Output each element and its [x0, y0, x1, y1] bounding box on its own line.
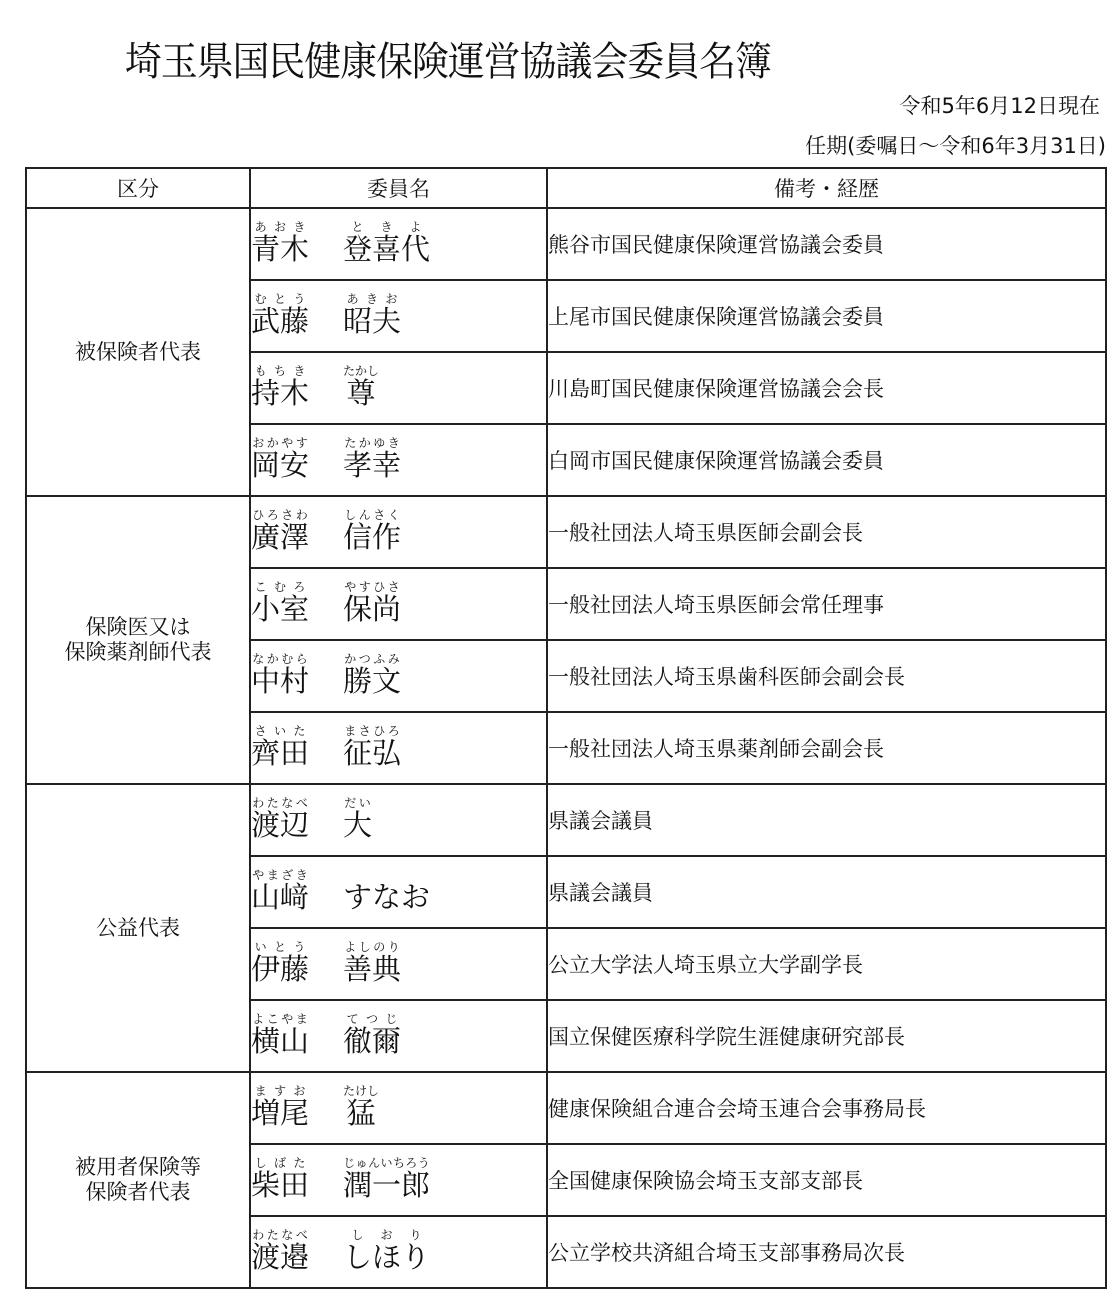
given: しほり — [343, 1240, 430, 1274]
surname-with-furigana: 柴田しばた — [251, 1156, 309, 1204]
surname-furigana: ますお — [251, 1084, 309, 1098]
member-name: 中村なかむら勝文かつふみ — [251, 652, 401, 700]
given-furigana: しおり — [343, 1228, 430, 1242]
surname-with-furigana: 小室こむろ — [251, 580, 309, 628]
surname-furigana: こむろ — [251, 580, 309, 594]
surname: 齊田 — [251, 736, 309, 770]
term-of-office: 任期(委嘱日～令和6年3月31日) — [805, 130, 1106, 160]
given: 善典 — [343, 952, 401, 986]
member-name: 渡邉わたなべしほりしおり — [251, 1228, 430, 1276]
column-header-category: 区分 — [26, 168, 250, 208]
member-remarks: 公立学校共済組合埼玉支部事務局次長 — [547, 1216, 1106, 1288]
given: 孝幸 — [343, 448, 401, 482]
member-remarks: 熊谷市国民健康保険運営協議会委員 — [547, 208, 1106, 280]
category-cell: 公益代表 — [26, 784, 250, 1072]
category-cell: 被保険者代表 — [26, 208, 250, 496]
member-name: 横山よこやま徹爾てつじ — [251, 1012, 401, 1060]
member-remarks: 一般社団法人埼玉県医師会副会長 — [547, 496, 1106, 568]
member-name: 青木あおき登喜代ときよ — [251, 220, 430, 268]
member-name: 岡安おかやす孝幸たかゆき — [251, 436, 401, 484]
member-name-cell: 渡邉わたなべしほりしおり — [250, 1216, 547, 1288]
member-remarks: 一般社団法人埼玉県歯科医師会副会長 — [547, 640, 1106, 712]
given: 猛 — [343, 1096, 379, 1130]
category-label-line: 被用者保険等 — [27, 1155, 249, 1180]
given-with-furigana: 昭夫あきお — [343, 292, 401, 340]
given: 昭夫 — [343, 304, 401, 338]
surname-with-furigana: 持木もちき — [251, 364, 309, 412]
given-furigana: あきお — [343, 292, 401, 306]
member-name-cell: 齊田さいた征弘まさひろ — [250, 712, 547, 784]
surname-furigana: もちき — [251, 364, 309, 378]
surname: 渡辺 — [251, 808, 309, 842]
given-with-furigana: 登喜代ときよ — [343, 220, 430, 268]
given-furigana: ときよ — [343, 220, 430, 234]
surname-with-furigana: 青木あおき — [251, 220, 309, 268]
member-name: 渡辺わたなべ大だい — [251, 796, 372, 844]
given: 大 — [343, 808, 372, 842]
given-furigana: じゅんいちろう — [343, 1156, 430, 1170]
member-name: 武藤むとう昭夫あきお — [251, 292, 401, 340]
member-remarks: 公立大学法人埼玉県立大学副学長 — [547, 928, 1106, 1000]
member-remarks: 県議会議員 — [547, 784, 1106, 856]
member-name-cell: 中村なかむら勝文かつふみ — [250, 640, 547, 712]
surname-with-furigana: 中村なかむら — [251, 652, 309, 700]
table-row: 保険医又は保険薬剤師代表廣澤ひろさわ信作しんさく一般社団法人埼玉県医師会副会長 — [26, 496, 1106, 568]
surname-with-furigana: 渡邉わたなべ — [251, 1228, 309, 1276]
given-furigana: やすひさ — [343, 580, 401, 594]
given-furigana: たかゆき — [343, 436, 401, 450]
surname-with-furigana: 廣澤ひろさわ — [251, 508, 309, 556]
surname: 横山 — [251, 1024, 309, 1058]
surname-furigana: あおき — [251, 220, 309, 234]
member-name: 増尾ますお猛たけし — [251, 1084, 379, 1132]
surname: 渡邉 — [251, 1240, 309, 1274]
member-name-cell: 小室こむろ保尚やすひさ — [250, 568, 547, 640]
member-name-cell: 柴田しばた潤一郎じゅんいちろう — [250, 1144, 547, 1216]
surname: 青木 — [251, 232, 309, 266]
given-furigana: まさひろ — [343, 724, 401, 738]
given-furigana: たけし — [343, 1084, 379, 1098]
member-remarks: 白岡市国民健康保険運営協議会委員 — [547, 424, 1106, 496]
table-row: 被保険者代表青木あおき登喜代ときよ熊谷市国民健康保険運営協議会委員 — [26, 208, 1106, 280]
member-remarks: 健康保険組合連合会埼玉連合会事務局長 — [547, 1072, 1106, 1144]
member-remarks: 一般社団法人埼玉県薬剤師会副会長 — [547, 712, 1106, 784]
member-remarks: 一般社団法人埼玉県医師会常任理事 — [547, 568, 1106, 640]
surname-furigana: おかやす — [251, 436, 309, 450]
given: 登喜代 — [343, 232, 430, 266]
member-name: 柴田しばた潤一郎じゅんいちろう — [251, 1156, 430, 1204]
member-name-cell: 青木あおき登喜代ときよ — [250, 208, 547, 280]
member-roster-table: 区分 委員名 備考・経歴 被保険者代表青木あおき登喜代ときよ熊谷市国民健康保険運… — [25, 167, 1107, 1289]
surname: 持木 — [251, 376, 309, 410]
surname-furigana: わたなべ — [251, 796, 309, 810]
member-name-cell: 持木もちき尊たかし — [250, 352, 547, 424]
surname-with-furigana: 齊田さいた — [251, 724, 309, 772]
member-remarks: 国立保健医療科学院生涯健康研究部長 — [547, 1000, 1106, 1072]
surname: 廣澤 — [251, 520, 309, 554]
category-cell: 保険医又は保険薬剤師代表 — [26, 496, 250, 784]
member-name: 廣澤ひろさわ信作しんさく — [251, 508, 401, 556]
given-furigana: かつふみ — [343, 652, 401, 666]
roster-body: 被保険者代表青木あおき登喜代ときよ熊谷市国民健康保険運営協議会委員武藤むとう昭夫… — [26, 208, 1106, 1288]
given-furigana: よしのり — [343, 940, 401, 954]
given-with-furigana: 善典よしのり — [343, 940, 401, 988]
surname: 柴田 — [251, 1168, 309, 1202]
surname: 山﨑 — [251, 880, 309, 914]
given-furigana: たかし — [343, 364, 379, 378]
given-with-furigana: 信作しんさく — [343, 508, 401, 556]
as-of-date: 令和5年6月12日現在 — [900, 90, 1100, 120]
member-name: 小室こむろ保尚やすひさ — [251, 580, 401, 628]
surname-furigana: なかむら — [251, 652, 309, 666]
member-name-cell: 増尾ますお猛たけし — [250, 1072, 547, 1144]
surname-furigana: いとう — [251, 940, 309, 954]
surname-with-furigana: 増尾ますお — [251, 1084, 309, 1132]
surname-furigana: むとう — [251, 292, 309, 306]
member-remarks: 全国健康保険協会埼玉支部支部長 — [547, 1144, 1106, 1216]
category-label: 被保険者代表 — [27, 340, 249, 365]
given-with-furigana: 征弘まさひろ — [343, 724, 401, 772]
category-label-line: 保険者代表 — [27, 1180, 249, 1205]
table-header-row: 区分 委員名 備考・経歴 — [26, 168, 1106, 208]
category-label-line: 保険医又は — [27, 615, 249, 640]
surname: 伊藤 — [251, 952, 309, 986]
given: 尊 — [343, 376, 379, 410]
given-with-furigana: しほりしおり — [343, 1228, 430, 1276]
surname-furigana: さいた — [251, 724, 309, 738]
given: 潤一郎 — [343, 1168, 430, 1202]
member-name: 齊田さいた征弘まさひろ — [251, 724, 401, 772]
surname-furigana: やまざき — [251, 868, 309, 882]
given-with-furigana: 勝文かつふみ — [343, 652, 401, 700]
surname-furigana: わたなべ — [251, 1228, 309, 1242]
table-row: 公益代表渡辺わたなべ大だい県議会議員 — [26, 784, 1106, 856]
given-furigana: だい — [343, 796, 372, 810]
member-name-cell: 伊藤いとう善典よしのり — [250, 928, 547, 1000]
surname-furigana: ひろさわ — [251, 508, 309, 522]
table-row: 被用者保険等保険者代表増尾ますお猛たけし健康保険組合連合会埼玉連合会事務局長 — [26, 1072, 1106, 1144]
member-name: 持木もちき尊たかし — [251, 364, 379, 412]
column-header-member-name: 委員名 — [250, 168, 547, 208]
given-with-furigana: 猛たけし — [343, 1084, 379, 1132]
column-header-remarks: 備考・経歴 — [547, 168, 1106, 208]
member-name-cell: 岡安おかやす孝幸たかゆき — [250, 424, 547, 496]
surname: 岡安 — [251, 448, 309, 482]
surname: 武藤 — [251, 304, 309, 338]
surname-furigana: しばた — [251, 1156, 309, 1170]
surname: 中村 — [251, 664, 309, 698]
given: 勝文 — [343, 664, 401, 698]
member-name-cell: 廣澤ひろさわ信作しんさく — [250, 496, 547, 568]
surname-with-furigana: 武藤むとう — [251, 292, 309, 340]
given-with-furigana: 徹爾てつじ — [343, 1012, 401, 1060]
given-with-furigana: 保尚やすひさ — [343, 580, 401, 628]
category-label-line: 保険薬剤師代表 — [27, 640, 249, 665]
given: すなお — [343, 875, 430, 916]
given: 征弘 — [343, 736, 401, 770]
category-cell: 被用者保険等保険者代表 — [26, 1072, 250, 1288]
member-name-cell: 横山よこやま徹爾てつじ — [250, 1000, 547, 1072]
member-name: 山﨑やまざきすなお — [251, 868, 430, 916]
surname: 小室 — [251, 592, 309, 626]
surname-with-furigana: 横山よこやま — [251, 1012, 309, 1060]
member-name-cell: 武藤むとう昭夫あきお — [250, 280, 547, 352]
member-name-cell: 渡辺わたなべ大だい — [250, 784, 547, 856]
given-with-furigana: 大だい — [343, 796, 372, 844]
given-furigana: てつじ — [343, 1012, 401, 1026]
category-label: 公益代表 — [27, 916, 249, 941]
member-name-cell: 山﨑やまざきすなお — [250, 856, 547, 928]
given: 保尚 — [343, 592, 401, 626]
surname-with-furigana: 岡安おかやす — [251, 436, 309, 484]
given-with-furigana: 尊たかし — [343, 364, 379, 412]
member-name: 伊藤いとう善典よしのり — [251, 940, 401, 988]
surname-with-furigana: 渡辺わたなべ — [251, 796, 309, 844]
member-remarks: 県議会議員 — [547, 856, 1106, 928]
member-remarks: 川島町国民健康保険運営協議会会長 — [547, 352, 1106, 424]
given-with-furigana: 孝幸たかゆき — [343, 436, 401, 484]
surname-with-furigana: 伊藤いとう — [251, 940, 309, 988]
surname-with-furigana: 山﨑やまざき — [251, 868, 309, 916]
surname-furigana: よこやま — [251, 1012, 309, 1026]
given: 信作 — [343, 520, 401, 554]
document-title: 埼玉県国民健康保険運営協議会委員名簿 — [125, 30, 771, 87]
surname: 増尾 — [251, 1096, 309, 1130]
given-furigana: しんさく — [343, 508, 401, 522]
member-remarks: 上尾市国民健康保険運営協議会委員 — [547, 280, 1106, 352]
given: 徹爾 — [343, 1024, 401, 1058]
given-with-furigana: 潤一郎じゅんいちろう — [343, 1156, 430, 1204]
